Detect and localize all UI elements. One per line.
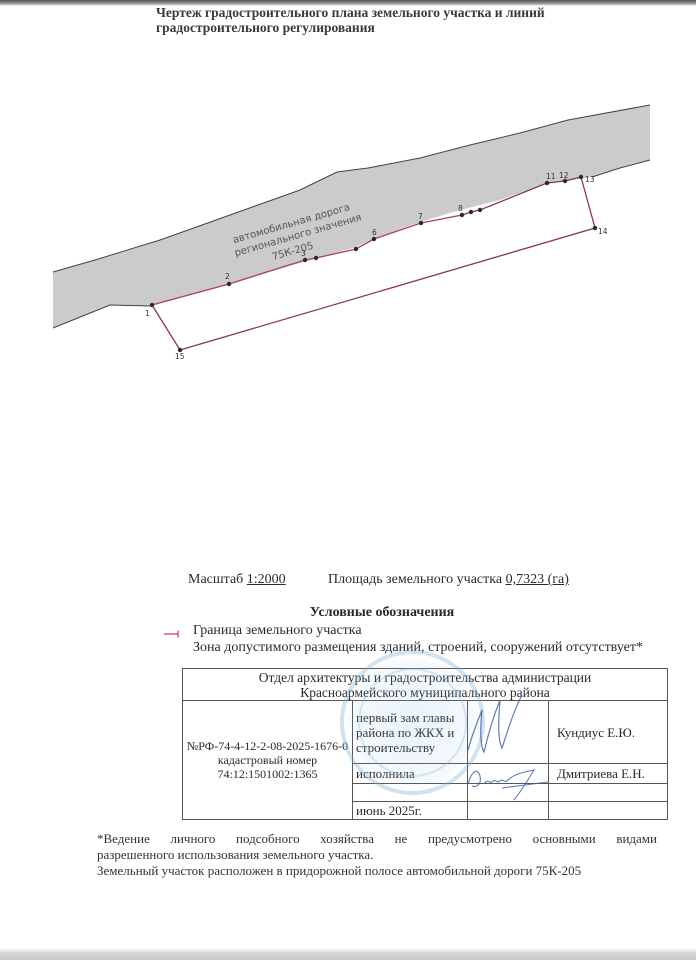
scale-label: Масштаб <box>188 572 243 587</box>
site-plan-drawing: автомобильная дорога регионального значе… <box>0 0 696 380</box>
point-label-1: 1 <box>145 309 150 318</box>
name-cell-date <box>549 802 668 820</box>
point-label-14: 14 <box>598 227 608 236</box>
point-label-11: 11 <box>546 172 556 181</box>
name-cell-executor: Дмитриева Е.Н. <box>549 764 668 784</box>
legend-item-boundary: Граница земельного участка <box>193 623 362 639</box>
point-label-6: 6 <box>372 228 377 237</box>
point-label-3: 3 <box>301 249 306 258</box>
footnote-line-1: *Ведение личного подсобного хозяйства не… <box>97 831 657 847</box>
point-label-15: 15 <box>175 352 185 361</box>
point-label-13: 13 <box>585 175 595 184</box>
cadastral-label: кадастровый номер <box>186 753 349 767</box>
area-value: 0,7323 (га) <box>506 572 569 587</box>
point-label-8: 8 <box>458 204 463 213</box>
boundary-legend-symbol-icon <box>162 630 180 638</box>
document-number: №РФ-74-4-12-2-08-2025-1676-0 <box>186 739 349 753</box>
point-label-12: 12 <box>559 171 569 180</box>
footnote-line-2: разрешенного использования земельного уч… <box>97 847 657 863</box>
document-id-cell: №РФ-74-4-12-2-08-2025-1676-0 кадастровый… <box>183 701 353 820</box>
signature-cell-date <box>468 802 549 820</box>
point-label-2: 2 <box>225 272 230 281</box>
date-cell: июнь 2025г. <box>353 802 468 820</box>
area-info: Площадь земельного участка 0,7323 (га) <box>328 572 569 588</box>
official-seal-icon <box>340 650 485 795</box>
point-label-7: 7 <box>418 212 423 221</box>
legend-title: Условные обозначения <box>0 605 696 621</box>
footnote-line-3: Земельный участок расположен в придорожн… <box>97 863 657 879</box>
footnotes: *Ведение личного подсобного хозяйства не… <box>97 831 657 879</box>
name-cell-empty <box>549 784 668 802</box>
area-label: Площадь земельного участка <box>328 572 502 587</box>
name-cell-approver: Кундиус Е.Ю. <box>549 701 668 764</box>
scale-value: 1:2000 <box>247 572 286 587</box>
signature-cell-executor <box>468 764 549 784</box>
scan-bottom-edge <box>0 948 696 960</box>
scale-info: Масштаб 1:2000 <box>188 572 286 588</box>
cadastral-number: 74:12:1501002:1365 <box>186 767 349 781</box>
signature-cell-empty <box>468 784 549 802</box>
